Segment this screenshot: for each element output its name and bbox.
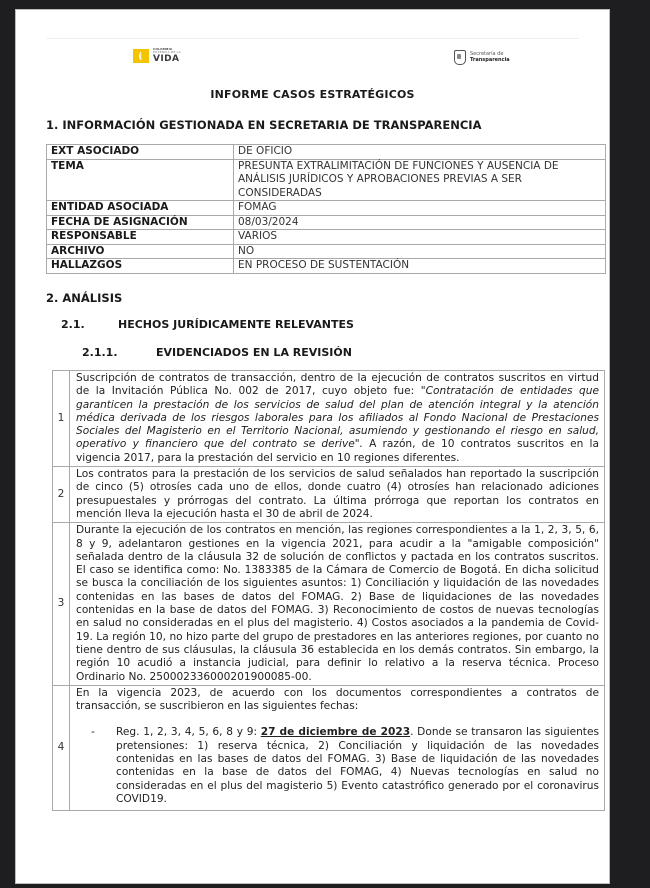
table-row: ENTIDAD ASOCIADAFOMAG xyxy=(47,201,606,216)
document-title: INFORME CASOS ESTRATÉGICOS xyxy=(16,88,609,101)
field-value: DE OFICIO xyxy=(234,145,606,160)
field-value: NO xyxy=(234,244,606,259)
table-row: 3 Durante la ejecución de los contratos … xyxy=(53,523,605,686)
coat-of-arms-icon xyxy=(454,50,466,65)
header-divider xyxy=(46,38,579,39)
secretaria-transparencia-logo: Secretaría de Transparencia xyxy=(454,50,510,65)
table-row: FECHA DE ASIGNACIÓN08/03/2024 xyxy=(47,215,606,230)
bullet-dash: - xyxy=(91,726,116,806)
field-label: FECHA DE ASIGNACIÓN xyxy=(47,215,234,230)
section-2-heading: 2. ANÁLISIS xyxy=(46,291,122,305)
table-row: TEMAPRESUNTA EXTRALIMITACIÓN DE FUNCIONE… xyxy=(47,159,606,201)
field-label: ENTIDAD ASOCIADA xyxy=(47,201,234,216)
fact-text: Suscripción de contratos de transacción,… xyxy=(70,371,605,467)
bullet-lead: Reg. 1, 2, 3, 4, 5, 6, 8 y 9: xyxy=(116,726,261,738)
fact-text: En la vigencia 2023, de acuerdo con los … xyxy=(70,685,605,810)
field-label: HALLAZGOS xyxy=(47,259,234,274)
field-label: TEMA xyxy=(47,159,234,201)
field-label: EXT ASOCIADO xyxy=(47,145,234,160)
subsection-title: EVIDENCIADOS EN LA REVISIÓN xyxy=(156,346,352,359)
transaction-date: 27 de diciembre de 2023 xyxy=(261,726,410,738)
subsection-title: HECHOS JURÍDICAMENTE RELEVANTES xyxy=(118,318,354,331)
table-row: RESPONSABLEVARIOS xyxy=(47,230,606,245)
relevant-facts-table: 1 Suscripción de contratos de transacció… xyxy=(52,370,605,811)
field-label: ARCHIVO xyxy=(47,244,234,259)
fact-number: 3 xyxy=(53,523,70,686)
table-row: 2 Los contratos para la prestación de lo… xyxy=(53,467,605,523)
case-info-table: EXT ASOCIADODE OFICIOTEMAPRESUNTA EXTRAL… xyxy=(46,144,606,274)
section-1-heading: 1. INFORMACIÓN GESTIONADA EN SECRETARIA … xyxy=(46,118,481,132)
table-row: HALLAZGOSEN PROCESO DE SUSTENTACIÓN xyxy=(47,259,606,274)
subsection-number: 2.1.1. xyxy=(82,346,156,359)
table-row: 1 Suscripción de contratos de transacció… xyxy=(53,371,605,467)
field-value: PRESUNTA EXTRALIMITACIÓN DE FUNCIONES Y … xyxy=(234,159,606,201)
field-value: 08/03/2024 xyxy=(234,215,606,230)
field-label: RESPONSABLE xyxy=(47,230,234,245)
table-row: 4 En la vigencia 2023, de acuerdo con lo… xyxy=(53,685,605,810)
transparencia-label: Transparencia xyxy=(470,58,510,63)
fact-number: 2 xyxy=(53,467,70,523)
field-value: EN PROCESO DE SUSTENTACIÓN xyxy=(234,259,606,274)
subsection-number: 2.1. xyxy=(61,318,118,331)
logo-line-3: VIDA xyxy=(153,55,181,64)
fact-text: Durante la ejecución de los contratos en… xyxy=(70,523,605,686)
fact-intro: En la vigencia 2023, de acuerdo con los … xyxy=(76,687,599,714)
colombia-potencia-de-la-vida-logo: COLOMBIA POTENCIA DE LA VIDA xyxy=(133,48,181,64)
subsection-2-1-heading: 2.1.HECHOS JURÍDICAMENTE RELEVANTES xyxy=(61,318,354,331)
field-value: FOMAG xyxy=(234,201,606,216)
document-page: COLOMBIA POTENCIA DE LA VIDA Secretaría … xyxy=(16,10,609,883)
bullet-item: - Reg. 1, 2, 3, 4, 5, 6, 8 y 9: 27 de di… xyxy=(76,726,599,806)
sound-wave-icon xyxy=(133,49,149,63)
field-value: VARIOS xyxy=(234,230,606,245)
subsection-2-1-1-heading: 2.1.1.EVIDENCIADOS EN LA REVISIÓN xyxy=(82,346,352,359)
bullet-text: Reg. 1, 2, 3, 4, 5, 6, 8 y 9: 27 de dici… xyxy=(116,726,599,806)
fact-number: 1 xyxy=(53,371,70,467)
fact-text: Los contratos para la prestación de los … xyxy=(70,467,605,523)
table-row: EXT ASOCIADODE OFICIO xyxy=(47,145,606,160)
fact-number: 4 xyxy=(53,685,70,810)
table-row: ARCHIVONO xyxy=(47,244,606,259)
